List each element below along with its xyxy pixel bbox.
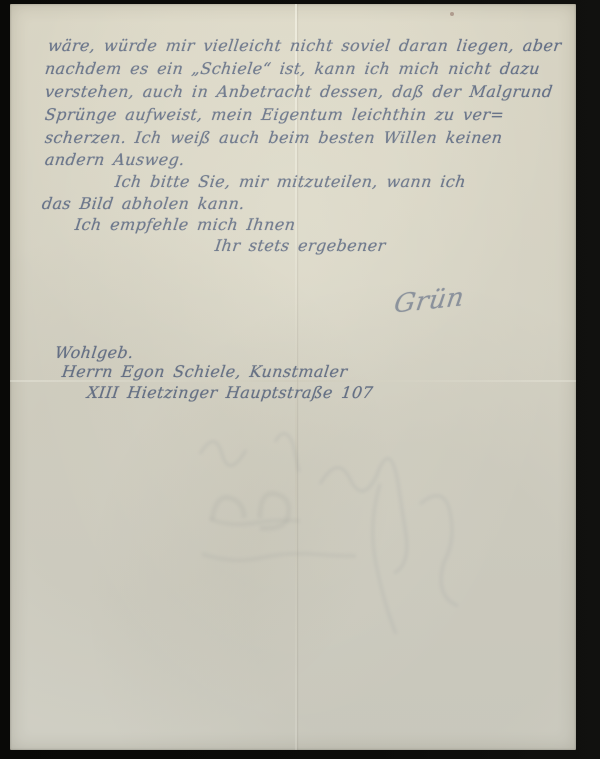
letter-line-1: wäre, würde mir vielleicht nicht soviel …	[47, 36, 563, 55]
letter-line-3: verstehen, auch in Anbetracht dessen, da…	[44, 82, 554, 101]
letter-line-6: andern Ausweg.	[44, 150, 186, 169]
letter-line-9: Ich empfehle mich Ihnen	[74, 215, 297, 234]
letter-line-5: scherzen. Ich weiß auch beim besten Will…	[44, 128, 504, 147]
signature: Grün	[392, 283, 466, 320]
bleed-mark-icon	[180, 424, 480, 584]
address-line-1: Wohlgeb.	[54, 343, 135, 362]
address-line-3: XIII Hietzinger Hauptstraße 107	[86, 383, 375, 402]
bleed-mark-icon	[340, 474, 540, 674]
paper-stain-speck	[450, 12, 454, 16]
letter-line-7: Ich bitte Sie, mir mitzuteilen, wann ich	[114, 172, 467, 191]
letter-line-10: Ihr stets ergebener	[214, 236, 387, 255]
letter-line-2: nachdem es ein „Schiele“ ist, kann ich m…	[44, 59, 541, 78]
letter-line-8: das Bild abholen kann.	[41, 194, 246, 213]
scan-background: wäre, würde mir vielleicht nicht soviel …	[0, 0, 600, 759]
letter-page: wäre, würde mir vielleicht nicht soviel …	[10, 4, 576, 750]
bleed-mark-icon	[200, 484, 320, 534]
address-line-2: Herrn Egon Schiele, Kunstmaler	[61, 362, 349, 381]
letter-line-4: Sprünge aufweist, mein Eigentum leichthi…	[44, 105, 506, 124]
